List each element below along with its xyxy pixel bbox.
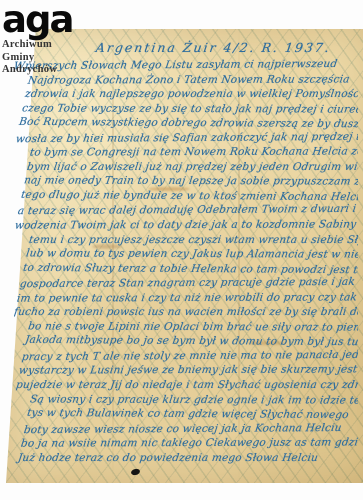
letter-line: temu i czy pracujesz jeszcze czyszi wtam…	[28, 233, 358, 248]
letter-lines: Wpierszych Słowach Mego Listu zasyłam ci…	[14, 58, 358, 465]
archive-org-line: Andrychów	[2, 64, 72, 77]
archive-org-name: Archiwum Gminy Andrychów	[2, 39, 72, 77]
letter-line: Najdrogoza Kochana Żono i Tatem Nowem Ro…	[27, 72, 358, 88]
letter-body: Argentina Żuir 4/2. R. 1937. Wpierszych …	[14, 40, 358, 485]
archive-watermark: aga Archiwum Gminy Andrychów	[2, 4, 72, 77]
letter-scan-page: Argentina Żuir 4/2. R. 1937. Wpierszych …	[0, 0, 363, 500]
letter-line: wystarczy w Lusini jeśwe ze bniemy jak s…	[18, 363, 358, 379]
letter-line: fucho za robieni powsic ius na wacien mi…	[14, 305, 358, 320]
archive-logo: aga	[2, 4, 72, 35]
archive-org-line: Archiwum	[2, 39, 72, 52]
letter-line: lub w domu to tys pewien czy Jakus lup A…	[25, 247, 358, 263]
letter-line: zdrowia i jak najlepszego powodzenia w w…	[24, 87, 358, 102]
letter-line: bo ja na wsiie nimam nic takiego Ciekawe…	[20, 436, 358, 452]
letter-line: gospodarce teraz Stan znagram czy pracuj…	[19, 275, 358, 292]
letter-line: im to pewnie ta cuska i czy ta niż nie w…	[16, 290, 358, 306]
letter-line: wodzenia Twoim jak ci to daty dzie jak a…	[14, 217, 358, 233]
letter-line: Już hodze teraz co do powiedzenia mego S…	[17, 451, 358, 466]
archive-org-line: Gminy	[2, 52, 72, 65]
letter-line: naj mie onedy Train to by naj lepsze ja …	[23, 174, 358, 190]
letter-line: pujedzie w teraz Jij do niedaje i tam Sł…	[15, 378, 358, 393]
letter-line: bym lijać o Zawiszeli już naj prędzej ze…	[26, 160, 358, 175]
letter-line: to bym se Congresji na tem Nowem Roku Ko…	[29, 145, 358, 161]
letter-heading: Argentina Żuir 4/2. R. 1937.	[95, 40, 358, 55]
